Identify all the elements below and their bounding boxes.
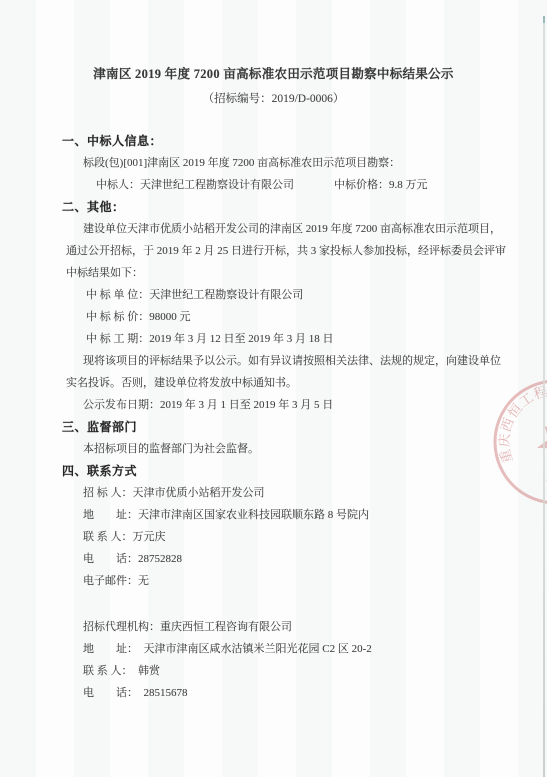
page-edge-line [543,16,545,777]
other-paragraph-line-3: 中标结果如下： [62,262,507,284]
winner-price-line: 中标人：天津世纪工程勘察设计有限公司中标价格：9.8 万元 [62,174,507,196]
agency-address-line: 地 址： 天津市津南区咸水沽镇米兰阳光花园 C2 区 20-2 [62,638,507,660]
supervision-body: 本招标项目的监督部门为社会监督。 [62,438,507,460]
agency-phone-line: 电 话： 28515678 [62,682,507,704]
section-2-heading: 二、其他： [62,196,507,218]
section-1-heading: 一、中标人信息： [62,130,507,152]
publish-date-line: 公示发布日期：2019 年 3 月 1 日至 2019 年 3 月 5 日 [62,394,507,416]
document-title: 津南区 2019 年度 7200 亩高标准农田示范项目勘察中标结果公示 [40,64,507,84]
notice-line-2: 实名投诉。否则，建设单位将发放中标通知书。 [62,372,507,394]
lot-line: 标段(包)[001]津南区 2019 年度 7200 亩高标准农田示范项目勘察： [62,152,507,174]
winner-name: 中标人：天津世纪工程勘察设计有限公司 [96,179,294,191]
notice-line-1: 现将该项目的评标结果予以公示。如有异议请按照相关法律、法规的规定，向建设单位 [62,350,507,372]
tenderer-line: 招 标 人：天津市优质小站稻开发公司 [62,482,507,504]
tenderer-address-line: 地 址：天津市津南区国家农业科技园联顺东路 8 号院内 [62,504,507,526]
award-unit-line: 中 标 单 位：天津世纪工程勘察设计有限公司 [62,284,507,306]
agency-name-line: 招标代理机构：重庆西恒工程咨询有限公司 [62,616,507,638]
other-paragraph-line-2: 通过公开招标，于 2019 年 2 月 25 日进行开标，共 3 家投标人参加投… [62,240,507,262]
document-body: 一、中标人信息： 标段(包)[001]津南区 2019 年度 7200 亩高标准… [62,130,507,704]
section-3-heading: 三、监督部门 [62,416,507,438]
other-paragraph-line-1: 建设单位天津市优质小站稻开发公司的津南区 2019 年度 7200 亩高标准农田… [62,218,507,240]
scanned-document-page: 津南区 2019 年度 7200 亩高标准农田示范项目勘察中标结果公示 （招标编… [0,0,547,777]
tenderer-phone-line: 电 话：28752828 [62,548,507,570]
award-period-line: 中 标 工 期：2019 年 3 月 12 日至 2019 年 3 月 18 日 [62,328,507,350]
agency-contact-line: 联 系 人： 韩赏 [62,660,507,682]
bid-number: （招标编号：2019/D-0006） [40,90,507,108]
winner-price: 中标价格：9.8 万元 [334,179,428,191]
tenderer-contact-line: 联 系 人：万元庆 [62,526,507,548]
section-4-heading: 四、联系方式 [62,460,507,482]
award-price-line: 中 标 标 价：98000 元 [62,306,507,328]
tenderer-email-line: 电子邮件：无 [62,570,507,592]
